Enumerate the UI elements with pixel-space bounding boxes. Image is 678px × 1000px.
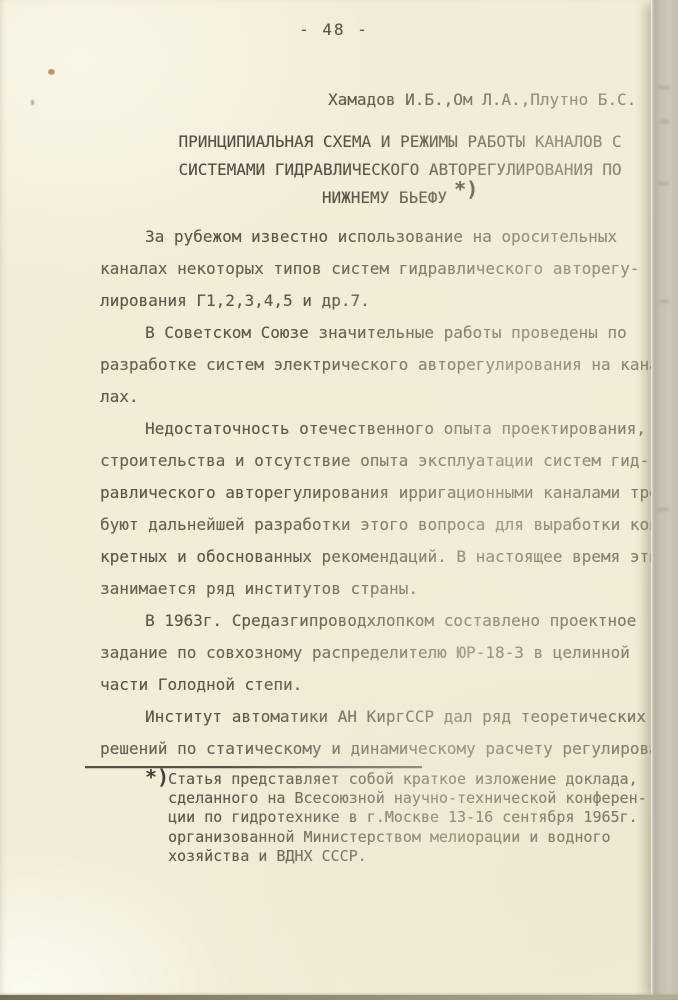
title-line: ПРИНЦИПИАЛЬНАЯ СХЕМА И РЕЖИМЫ РАБОТЫ КАН… xyxy=(150,128,650,156)
text-line: ции по гидротехнике в г.Москве 13-16 сен… xyxy=(168,808,668,827)
text-line: строительства и отсутствие опыта эксплуа… xyxy=(100,445,675,477)
text-line: части Голодной степи. xyxy=(100,669,675,701)
text-line: каналах некоторых типов систем гидравлич… xyxy=(100,253,675,285)
text-line: Недостаточность отечественного опыта про… xyxy=(100,413,675,445)
footnote-text: Статья представляет собой краткое изложе… xyxy=(168,770,668,866)
paper-speck xyxy=(31,100,34,105)
paragraph: Недостаточность отечественного опыта про… xyxy=(100,413,675,605)
bleedthrough-mark xyxy=(660,120,669,123)
bleedthrough-mark xyxy=(658,182,669,185)
next-page-edge-band xyxy=(651,0,678,1000)
footnote-reference-marker: *) xyxy=(454,176,478,204)
paragraph: В 1963г. Средазгипроводхлопком составлен… xyxy=(100,605,675,701)
bleedthrough-mark xyxy=(659,300,669,303)
text-line: организованной Министерством мелиорации … xyxy=(168,828,668,847)
text-line: задание по совхозному распределителю ЮР-… xyxy=(100,637,675,669)
text-line: За рубежом известно использование на оро… xyxy=(100,221,675,253)
text-line: хозяйства и ВДНХ СССР. xyxy=(168,847,668,866)
bottom-page-edge xyxy=(0,995,678,1000)
bleedthrough-mark xyxy=(657,86,670,89)
text-line: Статья представляет собой краткое изложе… xyxy=(168,770,668,789)
text-line: занимается ряд институтов страны. xyxy=(100,573,675,605)
text-line: буют дальнейшей разработки этого вопроса… xyxy=(100,509,675,541)
text-line: лах. xyxy=(100,381,675,413)
bleedthrough-mark xyxy=(657,508,669,511)
text-line: разработке систем электрического авторег… xyxy=(100,349,675,381)
text-line: В 1963г. Средазгипроводхлопком составлен… xyxy=(100,605,675,637)
title-line: НИЖНЕМУ БЬЕФУ*) xyxy=(150,183,650,212)
article-title: ПРИНЦИПИАЛЬНАЯ СХЕМА И РЕЖИМЫ РАБОТЫ КАН… xyxy=(150,128,650,212)
text-line: сделанного на Всесоюзной научно-техничес… xyxy=(168,789,668,808)
page-number: - 48 - xyxy=(299,20,369,39)
body-text: За рубежом известно использование на оро… xyxy=(100,221,675,765)
footnote-rule xyxy=(85,766,422,768)
title-line: СИСТЕМАМИ ГИДРАВЛИЧЕСКОГО АВТОРЕГУЛИРОВА… xyxy=(150,156,650,184)
paragraph: Институт автоматики АН КиргССР дал ряд т… xyxy=(100,701,675,765)
text-line: равлического авторегулирования ирригацио… xyxy=(100,477,675,509)
text-line: Институт автоматики АН КиргССР дал ряд т… xyxy=(100,701,675,733)
paper-speck xyxy=(48,69,55,75)
authors-line: Хамадов И.Б.,Ом Л.А.,Плутно Б.С. xyxy=(328,90,636,109)
text-line: решений по статическому и динамическому … xyxy=(100,733,675,765)
text-line: кретных и обоснованных рекомендаций. В н… xyxy=(100,541,675,573)
scanned-document-page: - 48 - Хамадов И.Б.,Ом Л.А.,Плутно Б.С. … xyxy=(0,0,678,1000)
text-line: В Советском Союзе значительные работы пр… xyxy=(100,317,675,349)
paragraph: За рубежом известно использование на оро… xyxy=(100,221,675,317)
paragraph: В Советском Союзе значительные работы пр… xyxy=(100,317,675,413)
title-line-text: НИЖНЕМУ БЬЕФУ xyxy=(322,188,447,207)
text-line: лирования Г1,2,3,4,5 и др.7. xyxy=(100,285,675,317)
footnote-marker: *) xyxy=(145,765,169,789)
